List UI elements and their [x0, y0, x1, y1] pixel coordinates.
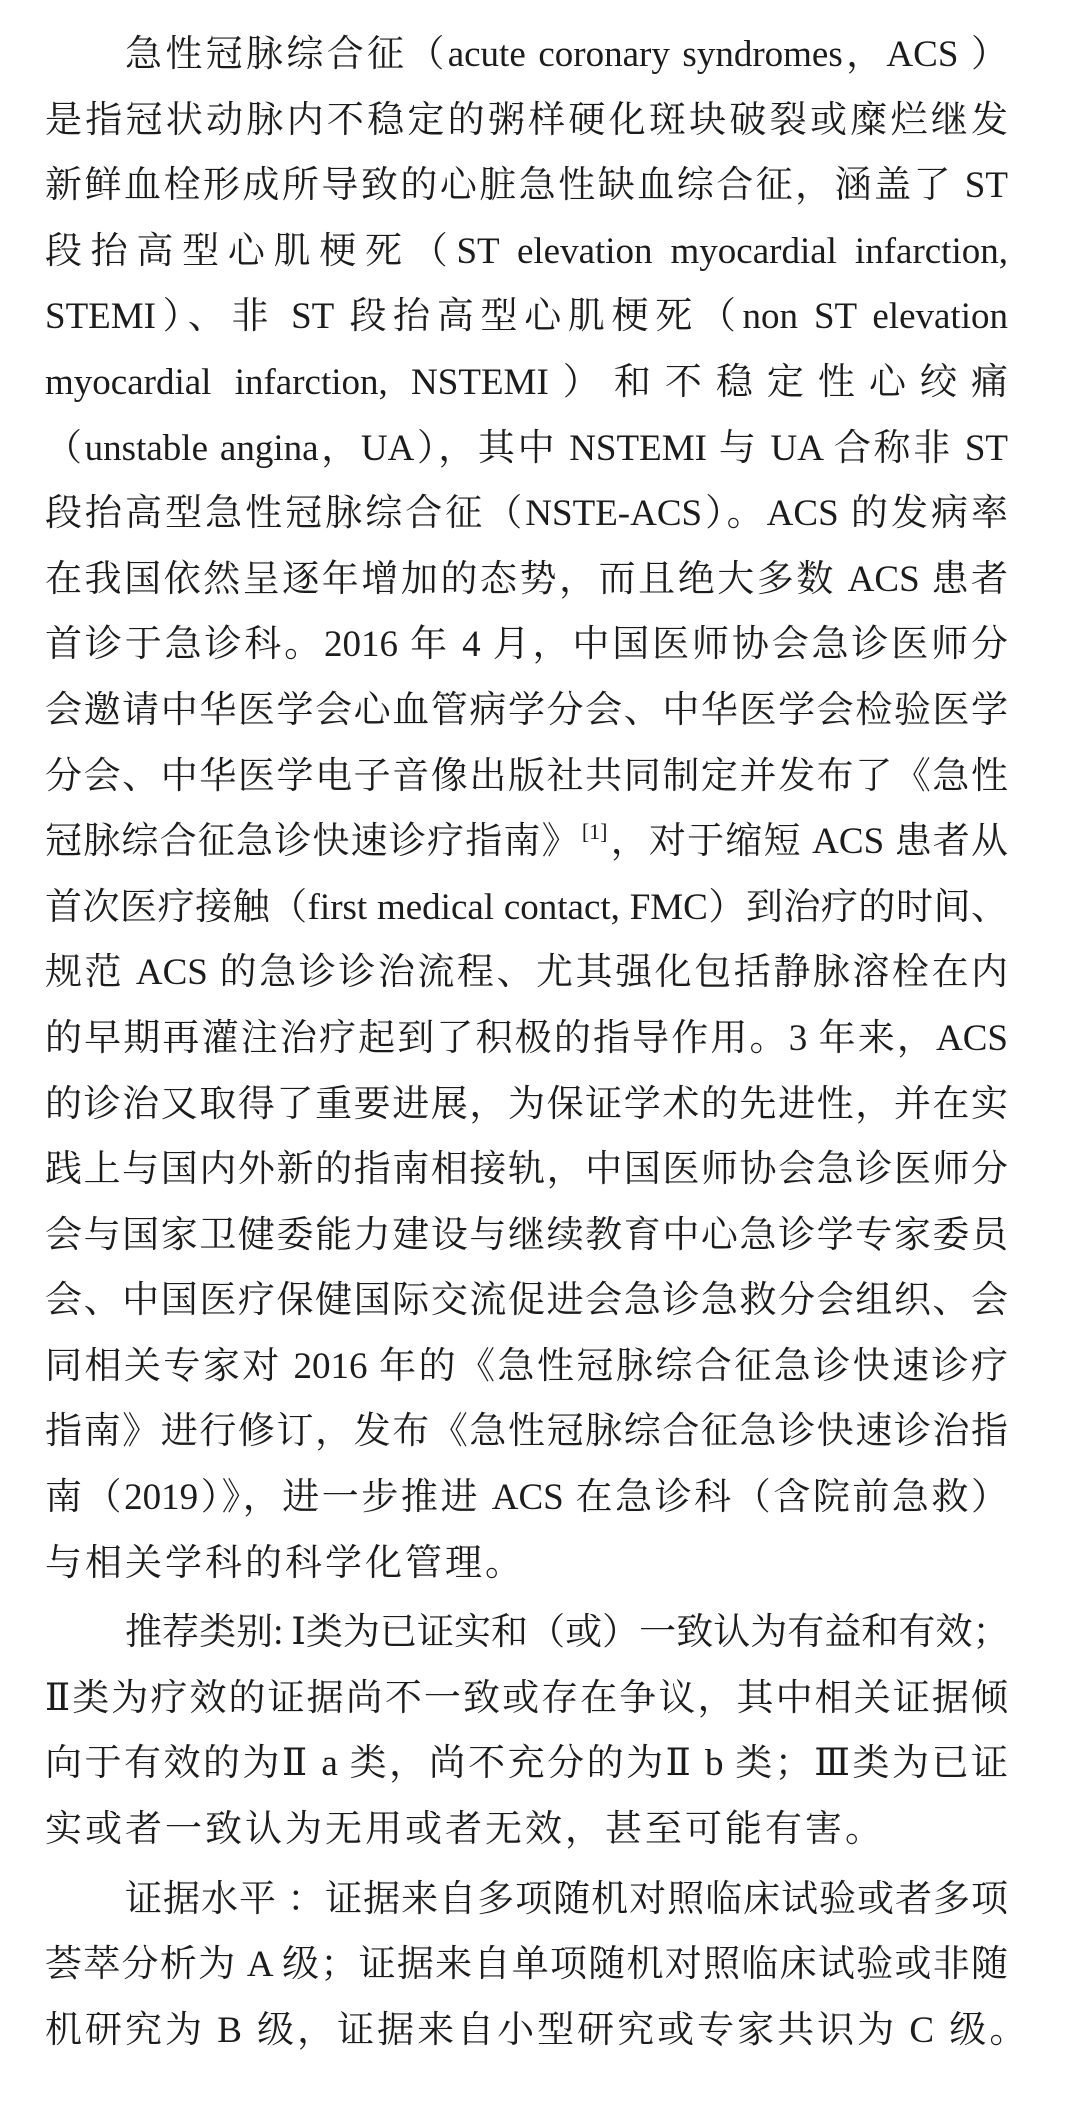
- text-line: 的早期再灌注治疗起到了积极的指导作用。3 年来，ACS: [45, 1006, 1008, 1072]
- text-line: 实或者一致认为无用或者无效，甚至可能有害。: [45, 1797, 1008, 1863]
- text-line-with-citation: 冠脉综合征急诊快速诊疗指南》[1]，对于缩短 ACS 患者从: [45, 809, 1008, 875]
- text-line: 新鲜血栓形成所导致的心脏急性缺血综合征，涵盖了 ST: [45, 153, 1008, 219]
- text-line: 首次医疗接触（first medical contact, FMC）到治疗的时间…: [45, 875, 1008, 941]
- text-line: 是指冠状动脉内不稳定的粥样硬化斑块破裂或糜烂继发: [45, 88, 1008, 154]
- text-line: 推荐类别: Ⅰ类为已证实和（或）一致认为有益和有效；: [45, 1600, 1008, 1666]
- text-line: 首诊于急诊科。2016 年 4 月，中国医师协会急诊医师分: [45, 612, 1008, 678]
- text-line: 会、中国医疗保健国际交流促进会急诊急救分会组织、会: [45, 1268, 1008, 1334]
- paragraph-recommendation-classes: 推荐类别: Ⅰ类为已证实和（或）一致认为有益和有效； Ⅱ类为疗效的证据尚不一致或…: [45, 1600, 1008, 1862]
- text-line: 指南》进行修订，发布《急性冠脉综合征急诊快速诊治指: [45, 1399, 1008, 1465]
- text-line: 会邀请中华医学会心血管病学分会、中华医学会检验医学: [45, 678, 1008, 744]
- text-line: 机研究为 B 级，证据来自小型研究或专家共识为 C 级。: [45, 1998, 1008, 2064]
- text-line: 南（2019）》，进一步推进 ACS 在急诊科（含院前急救）: [45, 1465, 1008, 1531]
- text-line: 与相关学科的科学化管理。: [45, 1531, 1008, 1597]
- text-line: Ⅱ类为疗效的证据尚不一致或存在争议，其中相关证据倾: [45, 1666, 1008, 1732]
- text-line: 践上与国内外新的指南相接轨，中国医师协会急诊医师分: [45, 1137, 1008, 1203]
- text-column: 急性冠脉综合征（acute coronary syndromes，ACS ） 是…: [45, 22, 1008, 2063]
- paragraph-acs-overview: 急性冠脉综合征（acute coronary syndromes，ACS ） 是…: [45, 22, 1008, 1596]
- document-page: 急性冠脉综合征（acute coronary syndromes，ACS ） 是…: [0, 0, 1066, 2106]
- line-text-after-citation: ，对于缩短 ACS 患者从: [610, 821, 1009, 862]
- line-text-before-citation: 冠脉综合征急诊快速诊疗指南》: [45, 821, 580, 862]
- text-line: 同相关专家对 2016 年的《急性冠脉综合征急诊快速诊疗: [45, 1334, 1008, 1400]
- text-line: 证据水平 ：证据来自多项随机对照临床试验或者多项: [45, 1867, 1008, 1933]
- text-line: 向于有效的为Ⅱ a 类，尚不充分的为Ⅱ b 类；Ⅲ类为已证: [45, 1731, 1008, 1797]
- text-line: STEMI）、非 ST 段抬高型心肌梗死（non ST elevation: [45, 284, 1008, 350]
- text-line: 急性冠脉综合征（acute coronary syndromes，ACS ）: [45, 22, 1008, 88]
- text-line: 段抬高型急性冠脉综合征（NSTE-ACS）。ACS 的发病率: [45, 481, 1008, 547]
- citation-reference: [1]: [582, 819, 608, 844]
- text-line: 规范 ACS 的急诊诊治流程、尤其强化包括静脉溶栓在内: [45, 940, 1008, 1006]
- paragraph-evidence-levels: 证据水平 ：证据来自多项随机对照临床试验或者多项 荟萃分析为 A 级；证据来自单…: [45, 1867, 1008, 2064]
- text-line: 分会、中华医学电子音像出版社共同制定并发布了《急性: [45, 744, 1008, 810]
- text-line: 的诊治又取得了重要进展，为保证学术的先进性，并在实: [45, 1072, 1008, 1138]
- text-line: 段抬高型心肌梗死（ST elevation myocardial infarct…: [45, 219, 1008, 285]
- text-line: （unstable angina，UA），其中 NSTEMI 与 UA 合称非 …: [45, 416, 1008, 482]
- text-line: myocardial infarction, NSTEMI）和不稳定性心绞痛: [45, 350, 1008, 416]
- text-line: 荟萃分析为 A 级；证据来自单项随机对照临床试验或非随: [45, 1932, 1008, 1998]
- text-line: 会与国家卫健委能力建设与继续教育中心急诊学专家委员: [45, 1203, 1008, 1269]
- text-line: 在我国依然呈逐年增加的态势，而且绝大多数 ACS 患者: [45, 547, 1008, 613]
